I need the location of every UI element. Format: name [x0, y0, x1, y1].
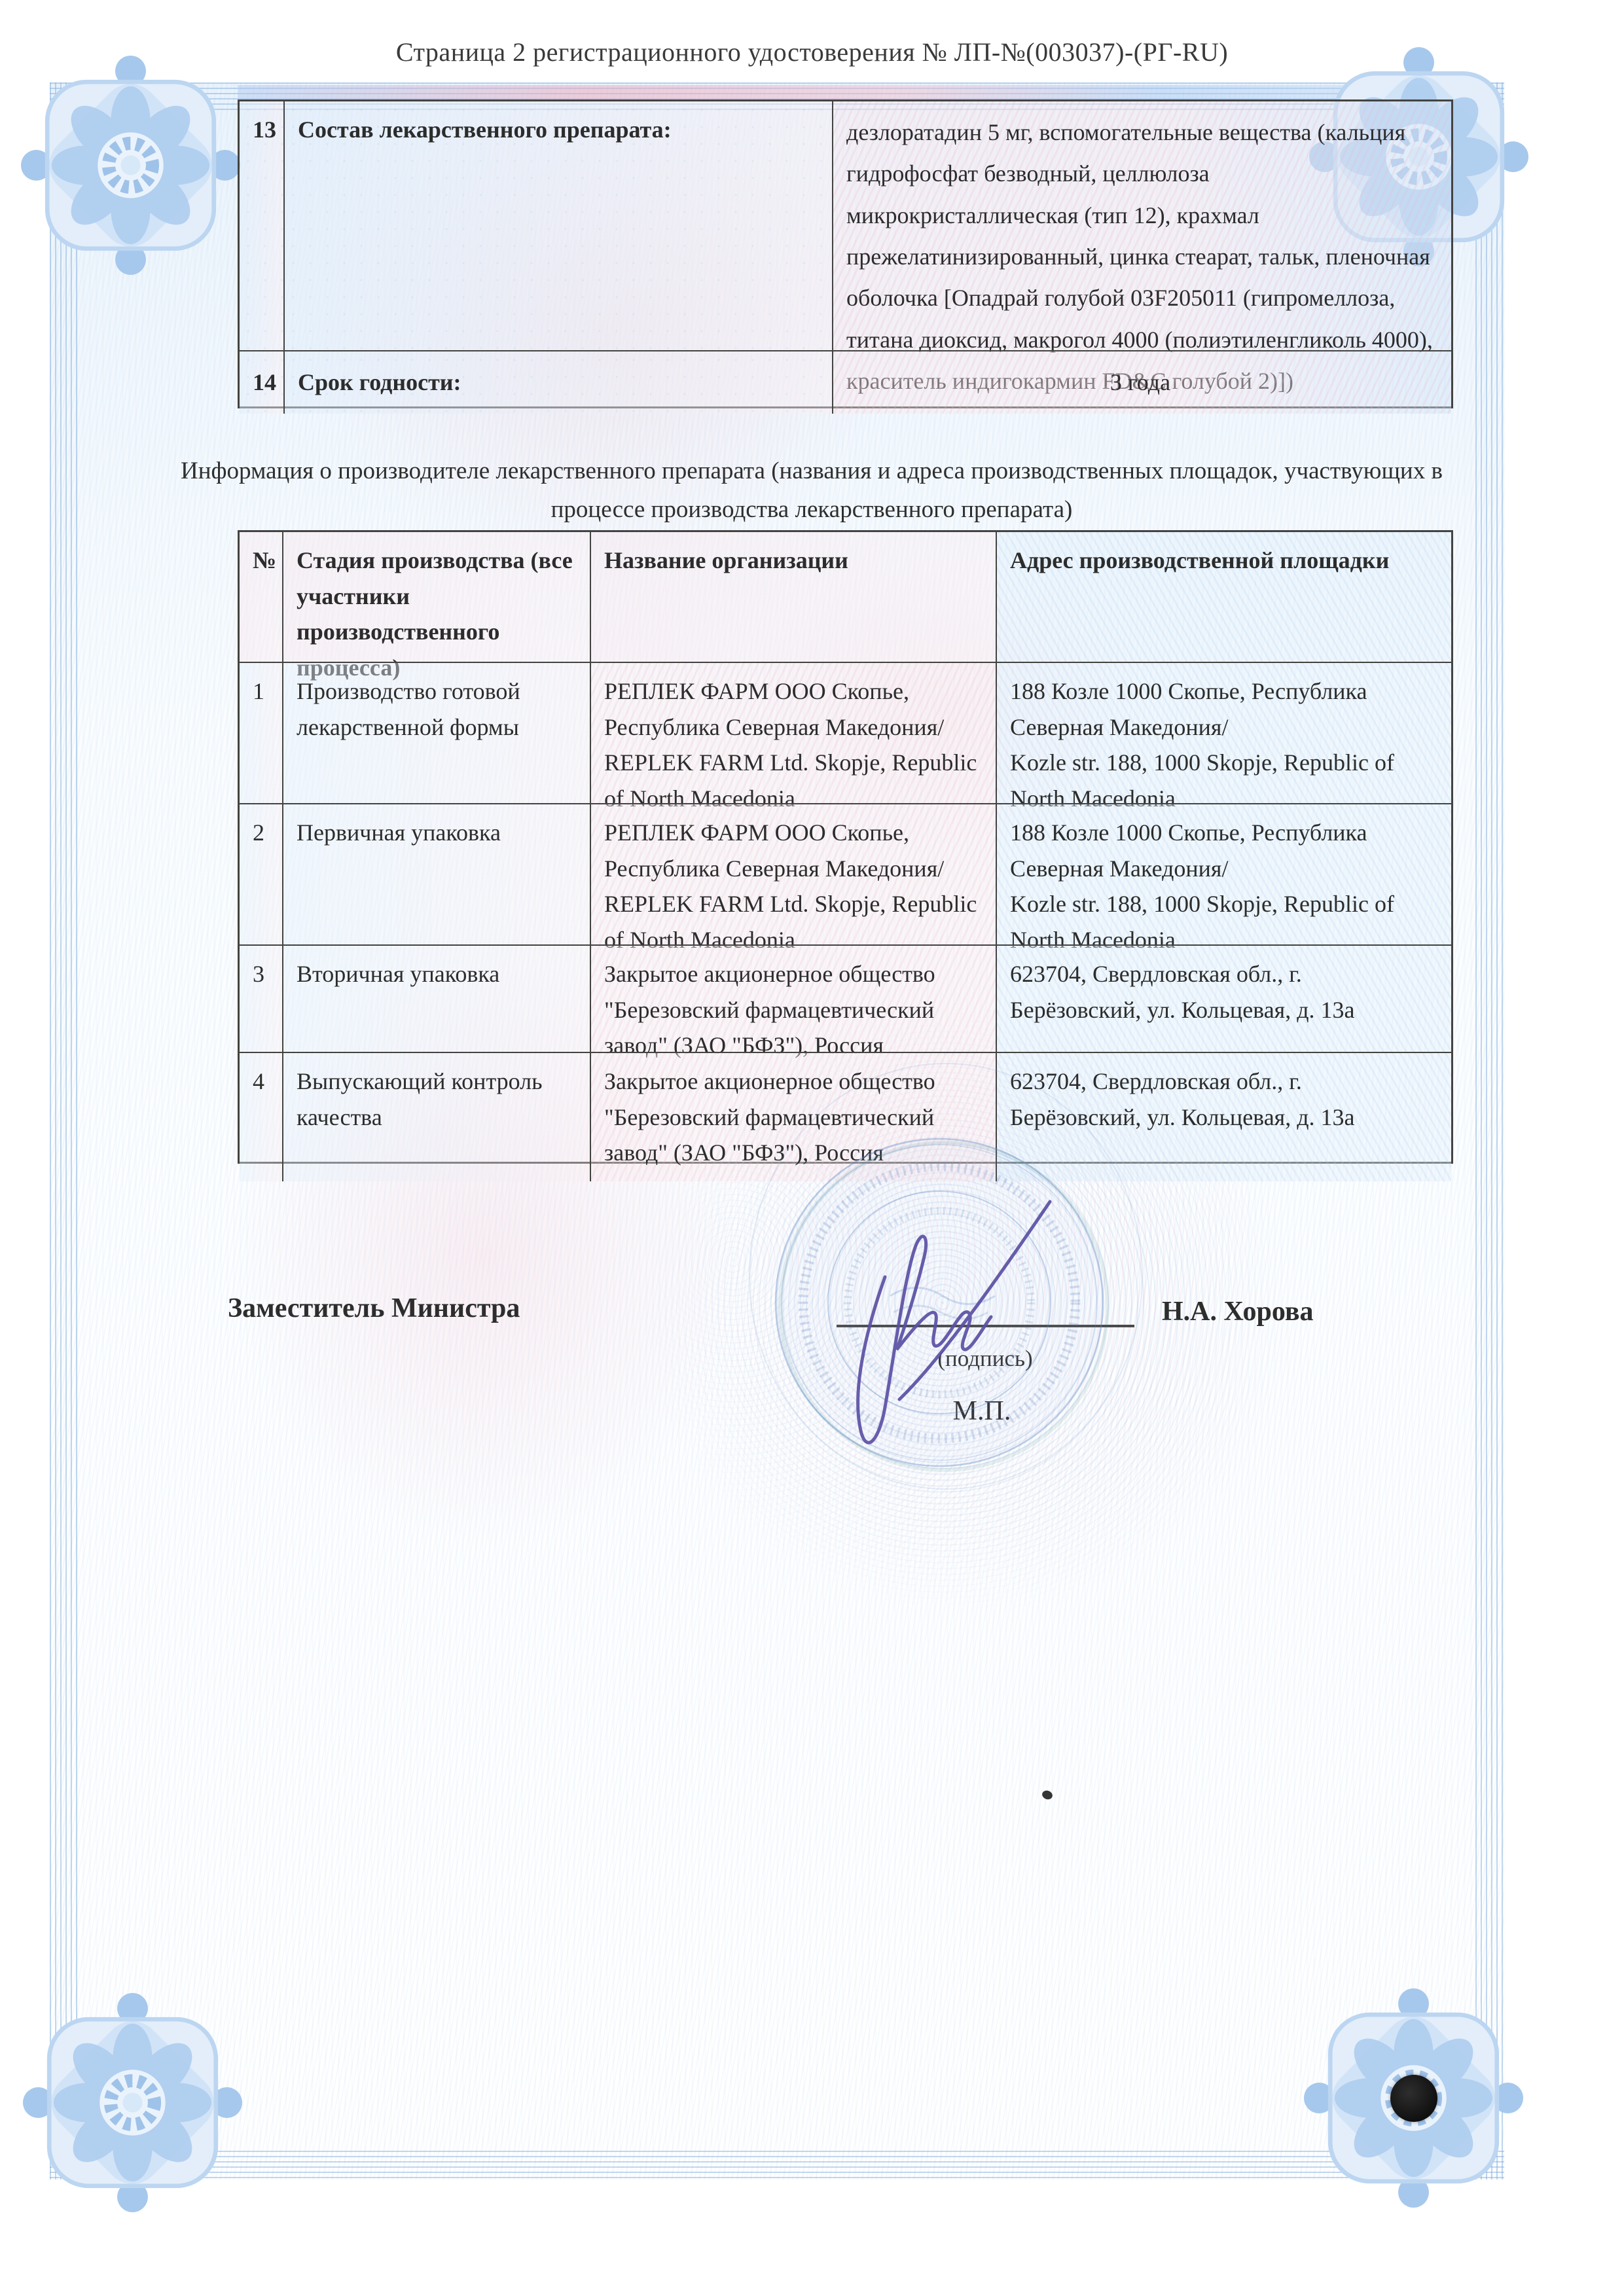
- official-title: Заместитель Министра: [228, 1293, 520, 1324]
- col-header-number: №: [240, 532, 282, 662]
- site-row-address: 623704, Свердловская обл., г. Берёзовски…: [996, 1052, 1451, 1181]
- border-strip-left: [50, 82, 79, 2179]
- border-strip-bottom: [50, 2151, 1504, 2179]
- row-13-value: дезлоратадин 5 мг, вспомогательные вещес…: [832, 101, 1451, 350]
- manufacturing-sites-table: № Стадия производства (все участники про…: [238, 530, 1453, 1164]
- site-row-address: 188 Козле 1000 Скопье, Республика Северн…: [996, 662, 1451, 803]
- site-row-organization: Закрытое акционерное общество "Березовск…: [590, 944, 996, 1052]
- signature-caption: (подпись): [887, 1346, 1083, 1372]
- border-strip-right: [1475, 82, 1504, 2179]
- corner-rosette-bottom-left: [23, 1993, 242, 2212]
- site-row-number: 3: [240, 944, 282, 1052]
- manufacturer-info-intro: Информация о производителе лекарственног…: [164, 452, 1460, 529]
- row-13-label: Состав лекарственного препарата:: [283, 101, 832, 350]
- pink-guilloche-band: [238, 85, 1453, 101]
- col-header-address: Адрес производственной площадки: [996, 532, 1451, 662]
- col-header-stage: Стадия производства (все участники произ…: [282, 532, 590, 662]
- signature-line: [837, 1325, 1134, 1327]
- row-13-number: 13: [240, 101, 283, 350]
- row-14-value: 3 года: [832, 350, 1451, 414]
- site-row-number: 1: [240, 662, 282, 803]
- stamp-place-caption: М.П.: [884, 1395, 1080, 1427]
- row-14-number: 14: [240, 350, 283, 414]
- site-row-organization: РЕПЛЕК ФАРМ ООО Скопье, Республика Север…: [590, 662, 996, 803]
- punch-hole: [1390, 2075, 1437, 2122]
- row-14-label: Срок годности:: [283, 350, 832, 414]
- drug-details-table: 13 Состав лекарственного препарата: дезл…: [238, 99, 1453, 408]
- page-title: Страница 2 регистрационного удостоверени…: [0, 37, 1624, 67]
- signatory-name: Н.А. Хорова: [1162, 1296, 1314, 1327]
- site-row-address: 623704, Свердловская обл., г. Берёзовски…: [996, 944, 1451, 1052]
- site-row-number: 4: [240, 1052, 282, 1181]
- corner-rosette-top-left: [21, 56, 240, 275]
- site-row-address: 188 Козле 1000 Скопье, Республика Северн…: [996, 803, 1451, 944]
- site-row-organization: Закрытое акционерное общество "Березовск…: [590, 1052, 996, 1181]
- col-header-organization: Название организации: [590, 532, 996, 662]
- document-page: Страница 2 регистрационного удостоверени…: [0, 0, 1624, 2296]
- site-row-stage: Первичная упаковка: [282, 803, 590, 944]
- site-row-stage: Вторичная упаковка: [282, 944, 590, 1052]
- site-row-organization: РЕПЛЕК ФАРМ ООО Скопье, Республика Север…: [590, 803, 996, 944]
- site-row-number: 2: [240, 803, 282, 944]
- site-row-stage: Производство готовой лекарственной формы: [282, 662, 590, 803]
- site-row-stage: Выпускающий контроль качества: [282, 1052, 590, 1181]
